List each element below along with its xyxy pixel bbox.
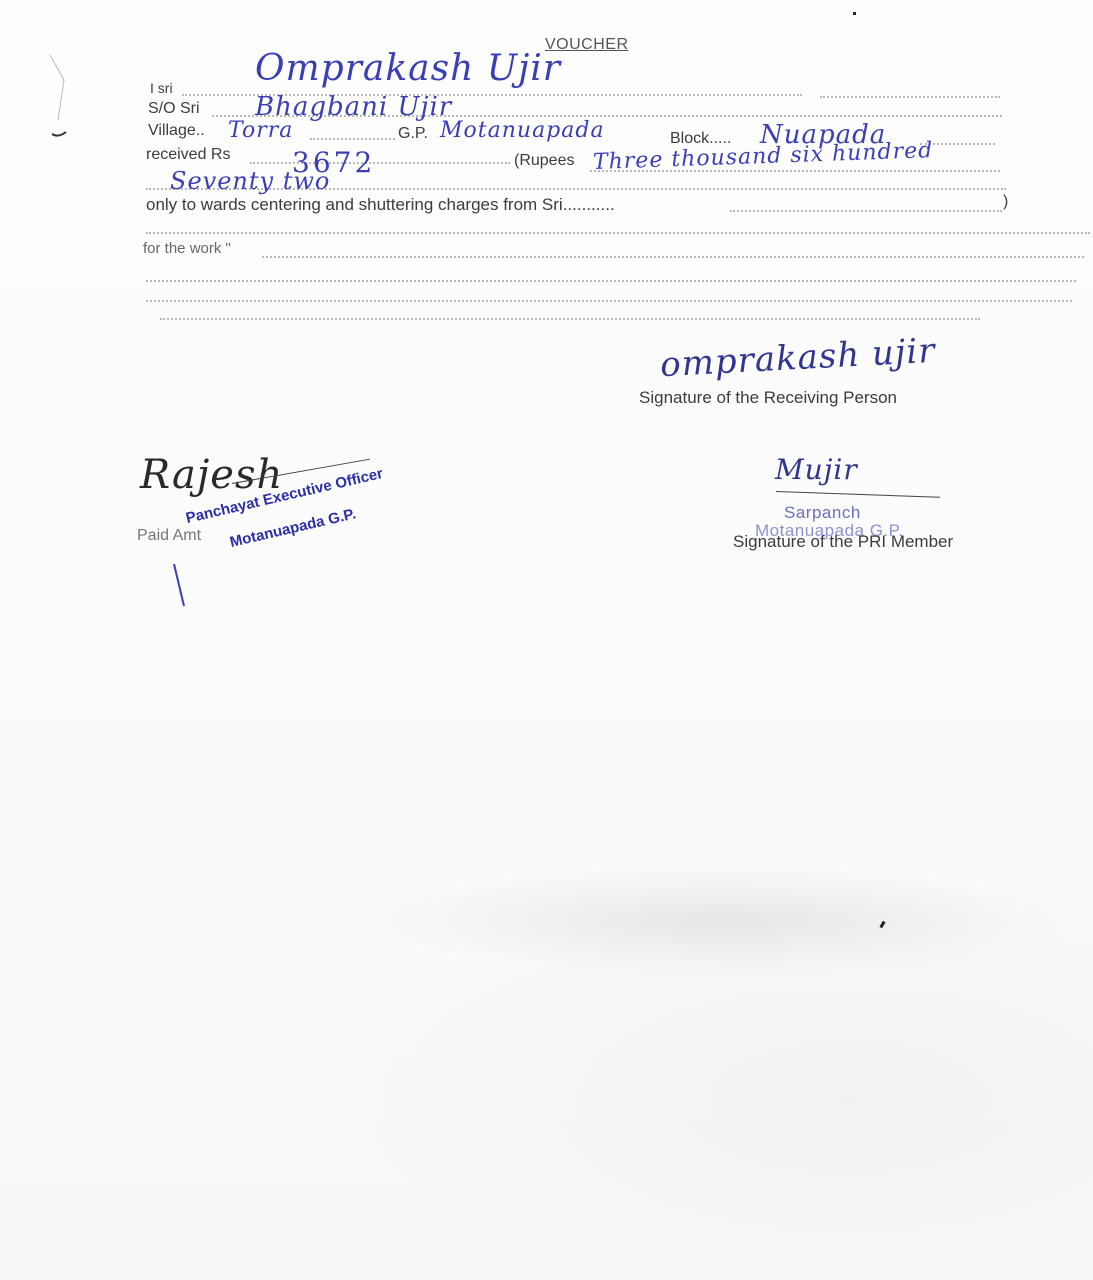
label-rupees: (Rupees: [514, 152, 574, 170]
fill-line: [262, 256, 1084, 258]
label-i-sri: I sri: [150, 80, 173, 96]
receiver-signature-caption: Signature of the Receiving Person: [639, 388, 897, 408]
handwritten-name: Omprakash Ujir: [255, 48, 561, 89]
peo-signature: Rajesh: [140, 452, 283, 498]
pri-signature: Mujir: [775, 453, 858, 486]
handwritten-gp: Motanuapada: [440, 118, 605, 143]
fill-line: [730, 210, 1002, 212]
fill-line: [820, 96, 1000, 98]
label-gp: G.P.: [398, 125, 428, 143]
label-received-rs: received Rs: [146, 146, 230, 164]
label-towards: only to wards centering and shuttering c…: [146, 195, 615, 215]
scan-speck: [853, 12, 856, 15]
fill-line: [146, 300, 1072, 302]
margin-pencil-mark: [40, 50, 80, 140]
handwritten-village: Torra: [228, 118, 293, 143]
fill-line: [146, 232, 1090, 234]
fill-line: [146, 280, 1076, 282]
pri-signature-caption: Signature of the PRI Member: [733, 532, 953, 552]
label-for-the-work: for the work ": [143, 240, 231, 257]
voucher-paper: [0, 0, 1093, 1280]
label-so-sri: S/O Sri: [148, 100, 200, 118]
closing-paren: ): [1003, 193, 1008, 211]
fill-line: [160, 318, 980, 320]
pen-stroke-mark: [170, 560, 190, 610]
fill-line: [310, 138, 395, 140]
paid-amount-label: Paid Amt: [137, 527, 201, 545]
handwritten-amount-words-cont: Seventy two: [170, 167, 330, 195]
pri-stamp-line1: Sarpanch: [784, 503, 861, 523]
label-village: Village..: [148, 122, 205, 140]
fill-line: [250, 162, 510, 164]
